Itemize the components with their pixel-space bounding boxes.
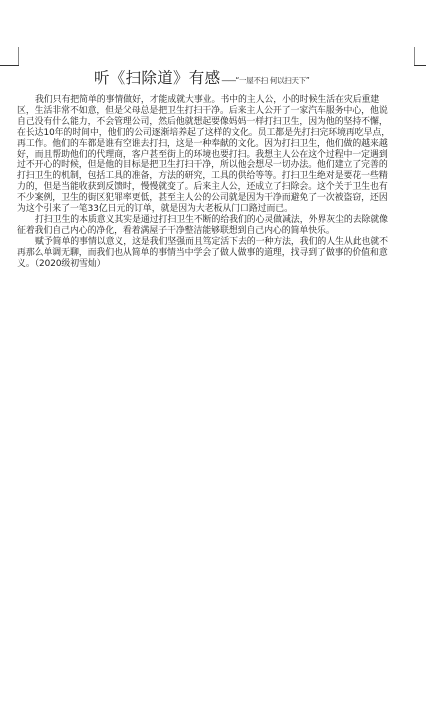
text-line: 义。（2020级初雪灿）: [17, 259, 412, 270]
text-line: 区，生活非常不如意，但是父母总是把卫生打扫干净。后来主人公开了一家汽车服务中心，…: [17, 106, 412, 117]
text-line: 自己没有什么能力，不会管理公司，然后他就想起要像妈妈一样打扫卫生，因为他的坚持不…: [17, 117, 412, 128]
text-line: 好，而且帮助他们的代理商，客户甚至街上的环境也要打扫。我想主人公在这个过程中一定…: [17, 150, 412, 161]
text-line: 不少案例，卫生的街区犯罪率更低，甚至主人公的公司就是因为干净而避免了一次被盗窃，…: [17, 193, 412, 204]
text-line: 再工作。他们的车都是谁有空谁去打扫，这是一种奉献的文化。因为打扫卫生，他们做的越…: [17, 139, 412, 150]
paragraph-2: 打扫卫生的本质意义其实是通过打扫卫生不断的给我们的心灵做减法，外界灰尘的去除就像…: [17, 215, 412, 237]
page-corner-mark-right: [413, 47, 426, 66]
document-body: 我们只有把简单的事情做好，才能成就大事业。书中的主人公，小的时候生活在灾后重建 …: [17, 95, 412, 270]
paragraph-1: 我们只有把简单的事情做好，才能成就大事业。书中的主人公，小的时候生活在灾后重建 …: [17, 95, 412, 215]
text-line: 我们只有把简单的事情做好，才能成就大事业。书中的主人公，小的时候生活在灾后重建: [17, 95, 412, 106]
page-corner-mark-left: [0, 47, 19, 66]
document-title: 听《扫除道》有感——“一屋不扫 何以扫天下”: [94, 66, 309, 88]
corner-mark-vertical: [18, 47, 19, 65]
text-line: 为这个引来了一笔33亿日元的订单，就是因为大老板从门口路过而已。: [17, 204, 412, 215]
text-line: 打扫卫生的本质意义其实是通过打扫卫生不断的给我们的心灵做减法，外界灰尘的去除就像: [17, 215, 412, 226]
text-line: 在长达10年的时间中，他们的公司逐渐培养起了这样的文化。员工都是先打扫完环境再吃…: [17, 128, 412, 139]
text-line: 过不开心的时候，但是他的目标是把卫生打扫干净，所以他会想尽一切办法。他们建立了完…: [17, 160, 412, 171]
text-line: 赋予简单的事情以意义，这是我们坚强而且笃定活下去的一种方法，我们的人生从此也就不: [17, 237, 412, 248]
title-subtitle: “一屋不扫 何以扫天下”: [235, 76, 309, 85]
paragraph-3: 赋予简单的事情以意义，这是我们坚强而且笃定活下去的一种方法，我们的人生从此也就不…: [17, 237, 412, 270]
corner-mark-horizontal: [414, 65, 426, 66]
title-dash: ——: [221, 76, 235, 85]
text-line: 打扫卫生的机制，包括工具的准备，方法的研究，工具的供给等等。打扫卫生绝对是要花一…: [17, 171, 412, 182]
text-line: 征着我们自己内心的净化，看着满屋子干净整洁能够联想到自己内心的简单快乐。: [17, 226, 412, 237]
text-line: 再那么单调无聊，而我们也从简单的事情当中学会了做人做事的道理，找寻到了做事的价值…: [17, 248, 412, 259]
text-line: 力的，但是当能收获到反馈时，慢慢就变了。后来主人公，还成立了扫除会。这个关于卫生…: [17, 182, 412, 193]
title-main: 听《扫除道》有感: [94, 69, 220, 87]
corner-mark-horizontal: [0, 65, 19, 66]
corner-mark-vertical: [414, 47, 415, 65]
